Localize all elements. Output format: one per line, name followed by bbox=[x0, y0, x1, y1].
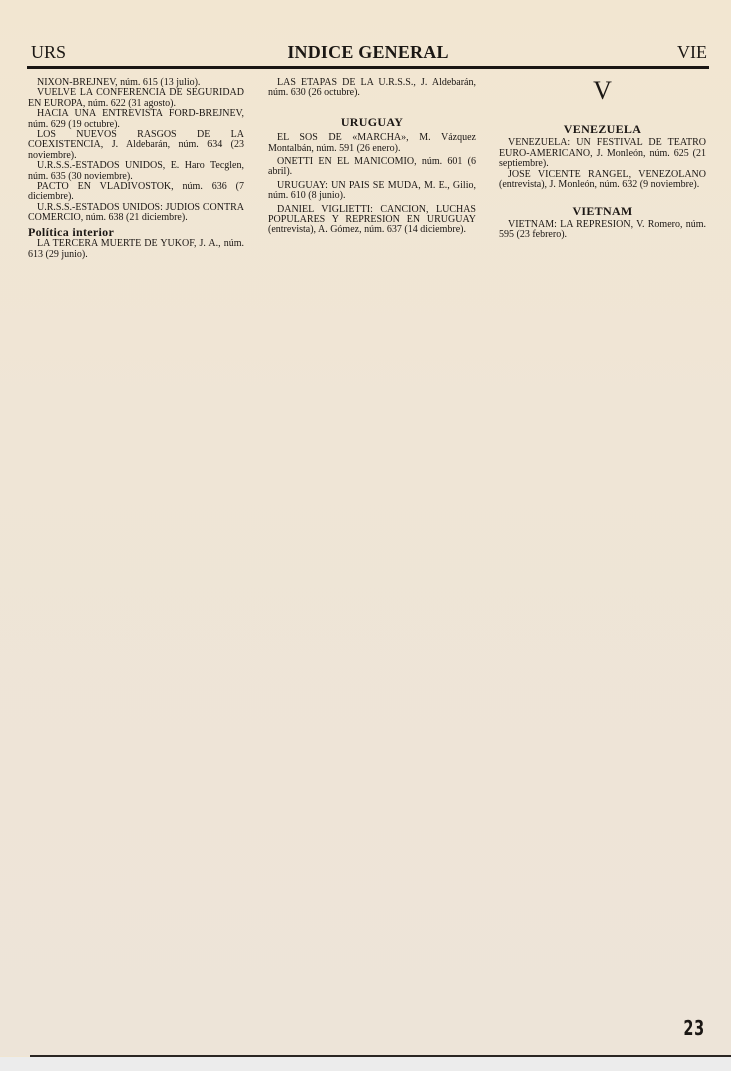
page-header: URS INDICE GENERAL VIE bbox=[29, 42, 707, 66]
index-entry: LA TERCERA MUERTE DE YUKOF, J. A., núm. … bbox=[28, 239, 244, 260]
section-heading-uruguay: URUGUAY bbox=[268, 117, 476, 127]
index-entry: VIETNAM: LA REPRESION, V. Romero, núm. 5… bbox=[499, 220, 706, 241]
index-entry: U.R.S.S.-ESTADOS UNIDOS: JUDIOS CONTRA C… bbox=[28, 203, 244, 224]
page-title: INDICE GENERAL bbox=[29, 42, 707, 63]
letter-heading: V bbox=[499, 78, 706, 104]
section-heading-vietnam: VIETNAM bbox=[499, 206, 706, 216]
index-entry: VENEZUELA: UN FESTIVAL DE TEATRO EURO-AM… bbox=[499, 138, 706, 169]
index-entry: U.R.S.S.-ESTADOS UNIDOS, E. Haro Tecglen… bbox=[28, 161, 244, 182]
section-heading-venezuela: VENEZUELA bbox=[499, 124, 706, 134]
index-entry: PACTO EN VLADIVOSTOK, núm. 636 (7 diciem… bbox=[28, 182, 244, 203]
index-entry: DANIEL VIGLIETTI: CANCION, LUCHAS POPULA… bbox=[268, 205, 476, 236]
column-1: NIXON-BREJNEV, núm. 615 (13 julio). VUEL… bbox=[28, 78, 244, 260]
index-entry: JOSE VICENTE RANGEL, VENEZOLANO (entrevi… bbox=[499, 170, 706, 191]
index-entry: VUELVE LA CONFERENCIA DE SEGURIDAD EN EU… bbox=[28, 88, 244, 109]
index-entry: LOS NUEVOS RASGOS DE LA COEXISTENCIA, J.… bbox=[28, 130, 244, 161]
index-entry: ONETTI EN EL MANICOMIO, núm. 601 (6 abri… bbox=[268, 157, 476, 178]
scan-margin bbox=[0, 1057, 731, 1071]
index-entry: LAS ETAPAS DE LA U.R.S.S., J. Aldebarán,… bbox=[268, 78, 476, 99]
index-entry: HACIA UNA ENTREVISTA FORD-BREJNEV, núm. … bbox=[28, 109, 244, 130]
column-2: LAS ETAPAS DE LA U.R.S.S., J. Aldebarán,… bbox=[268, 78, 476, 236]
page-number: 23 bbox=[684, 1016, 705, 1040]
index-entry: EL SOS DE «MARCHA», M. Vázquez Montalbán… bbox=[268, 133, 476, 154]
header-rule bbox=[27, 66, 709, 69]
index-entry: URUGUAY: UN PAIS SE MUDA, M. E., Gilio, … bbox=[268, 181, 476, 202]
subheading-politica-interior: Política interior bbox=[28, 227, 244, 237]
column-3: V VENEZUELA VENEZUELA: UN FESTIVAL DE TE… bbox=[499, 78, 706, 241]
running-head-right: VIE bbox=[677, 42, 707, 63]
